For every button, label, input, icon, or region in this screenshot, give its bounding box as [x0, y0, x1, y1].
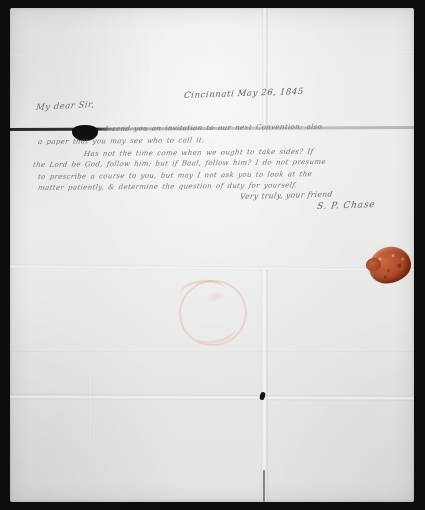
fold-crease-lower — [10, 394, 414, 400]
letter-body-line: a paper that you may see who to call it. — [37, 136, 205, 146]
postmark-stamp-icon — [172, 273, 254, 353]
photograph-background: Cincinnati May 26, 1845 My dear Sir, I s… — [0, 0, 425, 510]
fold-crease-middle — [10, 264, 414, 272]
letter-body-line: I send you an invitation to our next Con… — [104, 123, 322, 133]
paper-shading — [10, 8, 414, 502]
letter-body-line: the Lord be God, follow him; but if Baal… — [32, 158, 326, 169]
letter-closing: Very truly, your friend — [239, 190, 333, 201]
fold-crease-top — [10, 51, 414, 57]
letter-body-line: to prescribe a course to you, but may I … — [37, 170, 312, 181]
letter-paper: Cincinnati May 26, 1845 My dear Sir, I s… — [10, 8, 414, 502]
letter-salutation: My dear Sir, — [36, 100, 96, 113]
fold-crease-faint — [10, 351, 414, 353]
letter-body-line: matter patiently, & determine the questi… — [37, 181, 298, 192]
fold-crease-vertical-top — [262, 8, 271, 132]
fold-crease-vertical-low — [261, 270, 268, 502]
letter-signature: S. P. Chase — [316, 200, 376, 212]
wax-seal-icon — [367, 245, 413, 286]
fold-crease-small — [88, 374, 92, 436]
letter-dateline: Cincinnati May 26, 1845 — [183, 87, 304, 101]
letter-body-line: Has not the time come when we ought to t… — [83, 148, 313, 158]
fold-shadow — [263, 470, 265, 502]
